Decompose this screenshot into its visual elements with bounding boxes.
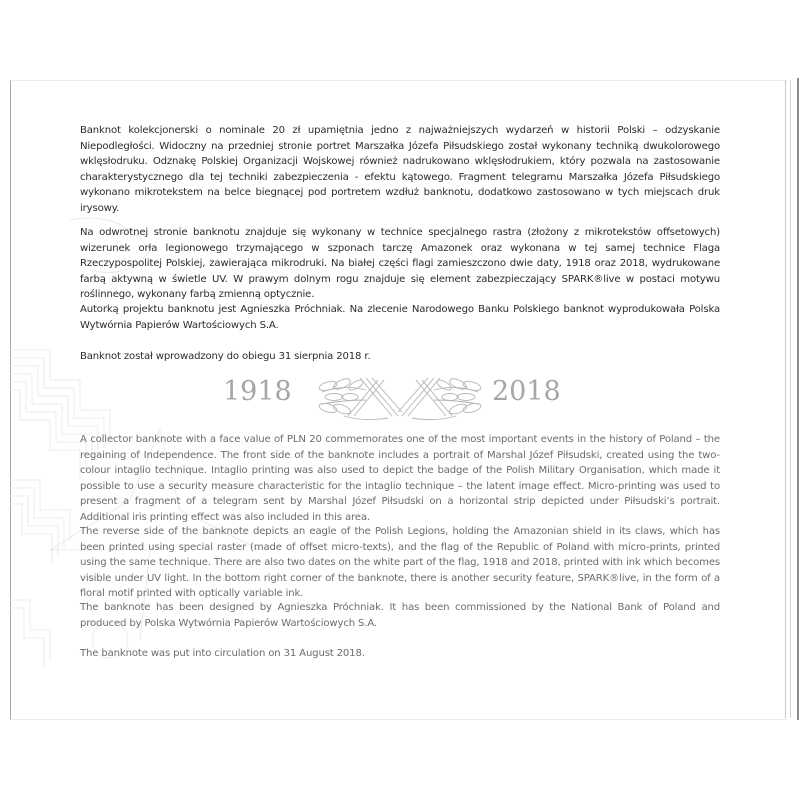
paragraph-text: A collector banknote with a face value o…	[80, 432, 720, 526]
polish-paragraph-author: Autorką projektu banknotu jest Agnieszka…	[80, 302, 720, 333]
polish-paragraph-reverse: Na odwrotnej stronie banknotu znajduje s…	[80, 225, 720, 303]
english-paragraph-description: A collector banknote with a face value o…	[80, 432, 720, 526]
english-paragraph-circulation: The banknote was put into circulation on…	[80, 646, 720, 662]
polish-paragraph-description: Banknot kolekcjonerski o nominale 20 zł …	[80, 123, 720, 217]
page-edge-line	[785, 80, 786, 718]
english-paragraph-reverse: The reverse side of the banknote depicts…	[80, 524, 720, 602]
paragraph-text: Na odwrotnej stronie banknotu znajduje s…	[80, 225, 720, 303]
page-edge-line	[790, 80, 791, 718]
year-start: 1918	[223, 376, 292, 407]
year-end: 2018	[492, 376, 561, 407]
laurel-wreath-icon	[314, 372, 486, 422]
paragraph-text: The banknote has been designed by Agnies…	[80, 600, 720, 631]
english-paragraph-author: The banknote has been designed by Agnies…	[80, 600, 720, 631]
paragraph-text: Banknot kolekcjonerski o nominale 20 zł …	[80, 123, 720, 217]
polish-paragraph-circulation: Banknot został wprowadzony do obiegu 31 …	[80, 349, 720, 365]
paragraph-text: Autorką projektu banknotu jest Agnieszka…	[80, 302, 720, 333]
paragraph-text: The banknote was put into circulation on…	[80, 646, 720, 662]
paragraph-text: Banknot został wprowadzony do obiegu 31 …	[80, 349, 720, 365]
page-edge-line	[797, 78, 799, 720]
years-divider: 1918	[210, 372, 590, 424]
paragraph-text: The reverse side of the banknote depicts…	[80, 524, 720, 602]
